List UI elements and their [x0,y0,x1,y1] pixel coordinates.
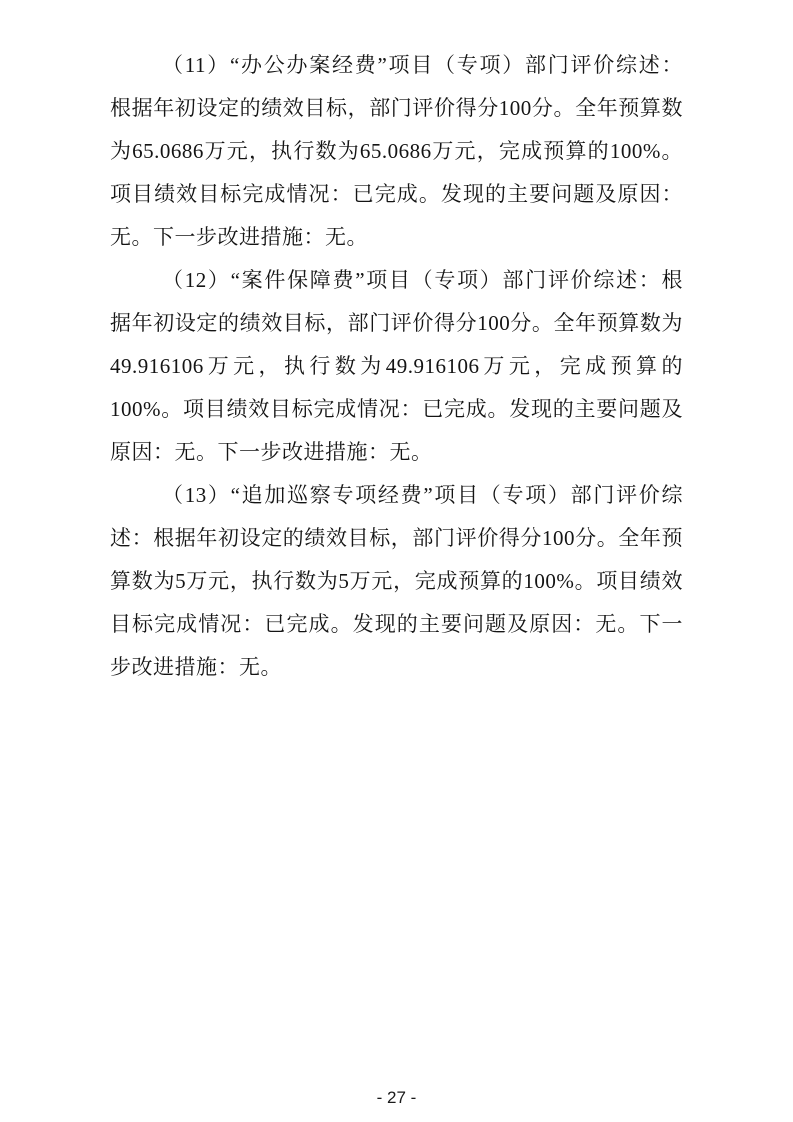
text-line: （13）“追加巡察专项经费”项目（专项）部门评价综 [110,474,683,517]
document-page: （11）“办公办案经费”项目（专项）部门评价综述： 根据年初设定的绩效目标，部门… [0,0,793,1122]
text-line: （11）“办公办案经费”项目（专项）部门评价综述： [110,44,683,87]
text-line: 为65.0686万元，执行数为65.0686万元，完成预算的100%。 [110,130,683,173]
text-line: 算数为5万元，执行数为5万元，完成预算的100%。项目绩效 [110,560,683,603]
paragraph-item-13: （13）“追加巡察专项经费”项目（专项）部门评价综 述：根据年初设定的绩效目标，… [110,474,683,689]
text-line: 100%。项目绩效目标完成情况：已完成。发现的主要问题及 [110,388,683,431]
page-number: - 27 - [0,1087,793,1109]
text-line: 49.916106万元，执行数为49.916106万元，完成预算的 [110,345,683,388]
text-line: 原因：无。下一步改进措施：无。 [110,431,683,474]
paragraph-item-12: （12）“案件保障费”项目（专项）部门评价综述：根 据年初设定的绩效目标，部门评… [110,259,683,474]
text-line: 述：根据年初设定的绩效目标，部门评价得分100分。全年预 [110,517,683,560]
text-line: 根据年初设定的绩效目标，部门评价得分100分。全年预算数 [110,87,683,130]
text-line: （12）“案件保障费”项目（专项）部门评价综述：根 [110,259,683,302]
text-line: 无。下一步改进措施：无。 [110,216,683,259]
paragraph-item-11: （11）“办公办案经费”项目（专项）部门评价综述： 根据年初设定的绩效目标，部门… [110,44,683,259]
text-line: 据年初设定的绩效目标，部门评价得分100分。全年预算数为 [110,302,683,345]
document-body: （11）“办公办案经费”项目（专项）部门评价综述： 根据年初设定的绩效目标，部门… [110,44,683,689]
text-line: 目标完成情况：已完成。发现的主要问题及原因：无。下一 [110,603,683,646]
text-line: 项目绩效目标完成情况：已完成。发现的主要问题及原因： [110,173,683,216]
text-line: 步改进措施：无。 [110,646,683,689]
